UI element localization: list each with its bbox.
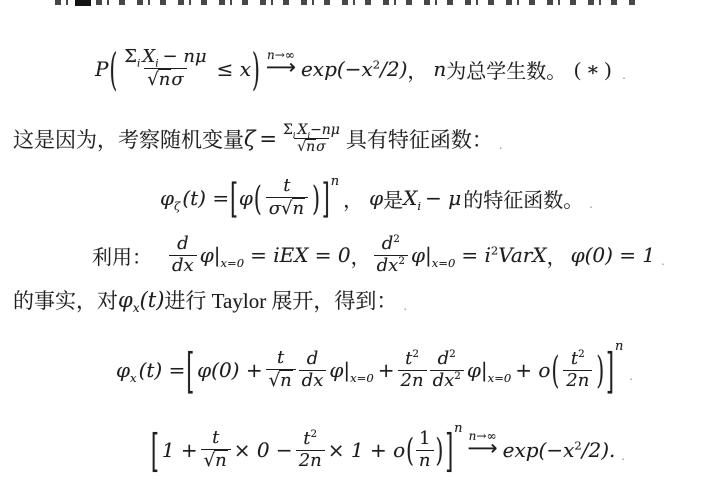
numerator: d (174, 234, 192, 255)
numerator: d2 (435, 349, 459, 370)
denominator: dx (169, 255, 197, 277)
cjk-taylor-expand: 进行 Taylor 展开，得到： (164, 285, 397, 315)
math-varx: VarX (498, 243, 546, 267)
numerator: t2 (568, 349, 588, 370)
document-page: P ( ΣiXi− nμ √nσ ≤ x ) n→∞ ⟶ exp(−x2/2) … (0, 0, 701, 493)
exponent-n: n (331, 174, 339, 189)
minus-n-mu: − nμ (163, 46, 207, 67)
denominator: 2n (398, 370, 427, 392)
math-phi: φ (118, 288, 133, 312)
paren-close: ) (312, 178, 320, 219)
math-dx: dx (377, 255, 399, 276)
bracket-close: ] (606, 341, 614, 399)
sup-2: 2 (393, 233, 400, 245)
paren-close: ) (596, 348, 604, 392)
sub-zeta: ζ (174, 199, 180, 213)
denominator: dx2 (374, 255, 408, 277)
bracket-open: [ (151, 423, 159, 477)
minus-mu: − μ (425, 186, 461, 210)
fraction-d-dx: d dx (299, 349, 327, 391)
leq-x: ≤ x (217, 57, 251, 81)
formula-clt-star: P ( ΣiXi− nμ √nσ ≤ x ) n→∞ ⟶ exp(−x2/2) … (95, 40, 626, 98)
stray-mark: . (589, 198, 593, 211)
denominator: √nσ (294, 138, 329, 155)
clipped-text-blob (75, 0, 91, 6)
exponent-n: n (454, 421, 462, 436)
math-n: n (433, 57, 446, 81)
equals: = (259, 127, 277, 151)
sup-2: 2 (311, 428, 318, 440)
phi-x-of-t: φx(t) (118, 288, 164, 312)
radicand: n (305, 139, 316, 155)
fraction-d2-dx2: d2 dx2 (430, 349, 464, 391)
numerator: t2 (300, 429, 320, 450)
bracket-close: ] (322, 174, 330, 222)
math-zeta: ζ (244, 127, 255, 151)
formula-taylor-expansion: φx(t) = [ φ(0) + t √n d dx φ|x=0 + t2 2n… (116, 337, 633, 403)
bracket-close: ] (445, 423, 453, 477)
exp-right: /2). (582, 438, 616, 462)
numerator: ΣiXi− nμ (121, 47, 209, 68)
cjk-is: 是 (383, 184, 403, 213)
fraction-t-over-sigma-sqrt-n: t σ√n (266, 176, 308, 219)
formula-derivatives: 利用： d dx φ|x=0 = iEX = 0 ， d2 dx2 φ|x=0 … (92, 230, 665, 280)
phi-bar: φ|x=0 (329, 358, 373, 382)
fraction-t-sqrt-n: t √n (266, 348, 296, 391)
math-P: P (95, 57, 108, 81)
math-sigma: σ (269, 198, 281, 219)
sub-x-equals-0: x=0 (220, 256, 244, 270)
cjk-using: 利用： (92, 241, 152, 270)
exp-term: exp(−x2/2) (301, 57, 407, 81)
fraction-1-n: 1 n (416, 429, 434, 471)
sigma-sum: Σ (124, 46, 137, 67)
long-right-arrow-icon: ⟶ (468, 442, 498, 456)
stray-mark: . (622, 69, 626, 82)
paren-close: ) (252, 43, 260, 96)
bracket-open: [ (230, 174, 238, 222)
phi-bar: φ|x=0 (411, 243, 455, 267)
stray-mark: . (499, 139, 503, 152)
fraction-d-dx: d dx (169, 234, 197, 276)
phi-bar: φ|x=0 (467, 358, 511, 382)
math-d: d (438, 348, 450, 369)
fraction-d2-dx2: d2 dx2 (374, 234, 408, 276)
math-phi: φ (160, 186, 174, 210)
radicand: n (292, 198, 306, 220)
paren-close: ) (436, 431, 444, 469)
math-phi: φ (116, 358, 130, 382)
math-sigma: σ (316, 139, 326, 155)
sup-2: 2 (578, 348, 585, 360)
denominator: √n (266, 369, 296, 392)
math-X: X (298, 122, 308, 138)
sup-2: 2 (398, 255, 405, 267)
clipped-text-line (55, 0, 640, 5)
denominator: n (416, 450, 434, 472)
fraction-t2-2n: t2 2n (398, 349, 427, 391)
stray-mark: . (661, 255, 665, 268)
numerator: t (280, 176, 293, 197)
sub-i: i (137, 58, 140, 70)
comma: ， (351, 241, 371, 270)
exp-term: exp(−x2/2). (503, 438, 616, 462)
X-sub-i: Xi (403, 186, 421, 210)
numerator: t (274, 348, 287, 369)
math-X: X (142, 46, 155, 67)
plus: + (378, 358, 395, 382)
denominator: dx2 (430, 370, 464, 392)
cjk-total-students: 为总学生数。 (446, 55, 566, 84)
denominator: √nσ (144, 68, 186, 91)
math-t: t (571, 348, 578, 369)
numerator: d (304, 349, 322, 370)
sup-2: 2 (454, 370, 461, 382)
limit-arrow: n→∞ ⟶ (266, 49, 296, 75)
denominator: dx (299, 370, 327, 392)
paragraph-taylor: 的事实，对 φx(t) 进行 Taylor 展开，得到： . (13, 287, 407, 313)
fraction-sum-inline: ΣiXi−nμ √nσ (280, 123, 343, 156)
numerator: ΣiXi−nμ (280, 123, 343, 138)
math-sigma: σ (171, 69, 183, 90)
denominator: 2n (563, 370, 592, 392)
fraction-t2-2n: t2 2n (563, 349, 592, 391)
comma: ， (343, 184, 363, 213)
cjk-has-char-func: 具有特征函数： (346, 124, 493, 154)
phi-zero-equals-1: φ(0) = 1 (571, 243, 656, 267)
numerator: t (209, 428, 222, 449)
phi-zero-plus: φ(0) + (197, 358, 262, 382)
math-d: d (382, 233, 394, 254)
limit-arrow: n→∞ ⟶ (468, 430, 498, 456)
math-phi: φ (239, 186, 253, 210)
denominator: 2n (296, 450, 325, 472)
times-one-plus-o: × 1 + o (328, 438, 405, 462)
numerator: t2 (402, 349, 422, 370)
denominator: √n (201, 449, 231, 472)
sigma-sum: Σ (283, 122, 293, 138)
fraction-sum: ΣiXi− nμ √nσ (121, 47, 209, 90)
paren-open: ( (551, 348, 559, 392)
args-equals: (t) = (139, 358, 186, 382)
stray-mark: . (621, 450, 625, 463)
comma: ， (407, 55, 427, 84)
sup-2: 2 (449, 348, 456, 360)
bracket-open: [ (186, 341, 194, 399)
exp-left: exp(−x (301, 57, 373, 81)
sub-x: x (133, 301, 140, 315)
paren-open: ( (109, 43, 117, 96)
formula-limit: [ 1 + t √n × 0 − t2 2n × 1 + o ( 1 n ) ]… (150, 420, 625, 480)
one-plus: 1 + (162, 438, 198, 462)
star-label: (∗) (574, 57, 616, 82)
paren-open: ( (254, 178, 262, 219)
cjk-because: 这是因为，考察随机变量 (13, 124, 244, 154)
math-t: t (303, 428, 310, 449)
sub-x: x (130, 371, 137, 385)
sub-x-equals-0: x=0 (488, 371, 512, 385)
times-zero-minus: × 0 − (234, 438, 293, 462)
phi-bar: φ|x=0 (200, 243, 244, 267)
stray-mark: . (403, 300, 407, 313)
numerator: 1 (416, 429, 433, 450)
radicand: n (158, 69, 172, 91)
math-X: X (403, 186, 417, 210)
phi-evaluated: φ| (200, 243, 221, 267)
math-dx: dx (433, 370, 455, 391)
long-right-arrow-icon: ⟶ (266, 61, 296, 75)
sub-i: i (417, 199, 421, 213)
phi-evaluated: φ| (467, 358, 488, 382)
args: (t) (140, 288, 165, 312)
exp-left: exp(−x (503, 438, 575, 462)
plus-o: + o (515, 358, 550, 382)
fraction-t2-2n: t2 2n (296, 429, 325, 471)
equals-iEX-0: = iEX = 0 (250, 243, 351, 267)
paren-open: ( (406, 431, 414, 469)
phi-evaluated: φ| (329, 358, 350, 382)
comma: ， (547, 241, 567, 270)
minus-n-mu: −nμ (310, 122, 340, 138)
phi-x-of-t: φx(t) = (116, 358, 185, 382)
exp-right: /2) (380, 57, 407, 81)
formula-char-func: φζ(t) = [ φ ( t σ√n ) ] n ， φ 是 Xi − μ 的… (160, 170, 593, 226)
radicand: n (214, 450, 228, 472)
math-phi: φ (369, 186, 383, 210)
radicand: n (279, 370, 293, 392)
sub-x-equals-0: x=0 (432, 256, 456, 270)
sub-x-equals-0: x=0 (350, 371, 374, 385)
sup-2: 2 (412, 348, 419, 360)
phi-zeta-of-t: φζ(t) = (160, 186, 229, 210)
cjk-char-func-of: 的特征函数。 (463, 184, 583, 213)
numerator: d2 (379, 234, 403, 255)
sup-2: 2 (574, 438, 581, 452)
cjk-fact-apply: 的事实，对 (13, 285, 118, 315)
equals-i: = i (461, 243, 491, 267)
args-equals: (t) = (182, 186, 229, 210)
paragraph-reason: 这是因为，考察随机变量 ζ = ΣiXi−nμ √nσ 具有特征函数： . (13, 120, 502, 158)
exponent-n: n (615, 339, 623, 354)
fraction-t-sqrt-n: t √n (201, 428, 231, 471)
stray-mark: . (629, 370, 633, 383)
equals-i2-varx: = i2VarX (461, 243, 546, 267)
phi-evaluated: φ| (411, 243, 432, 267)
denominator: σ√n (266, 197, 308, 220)
